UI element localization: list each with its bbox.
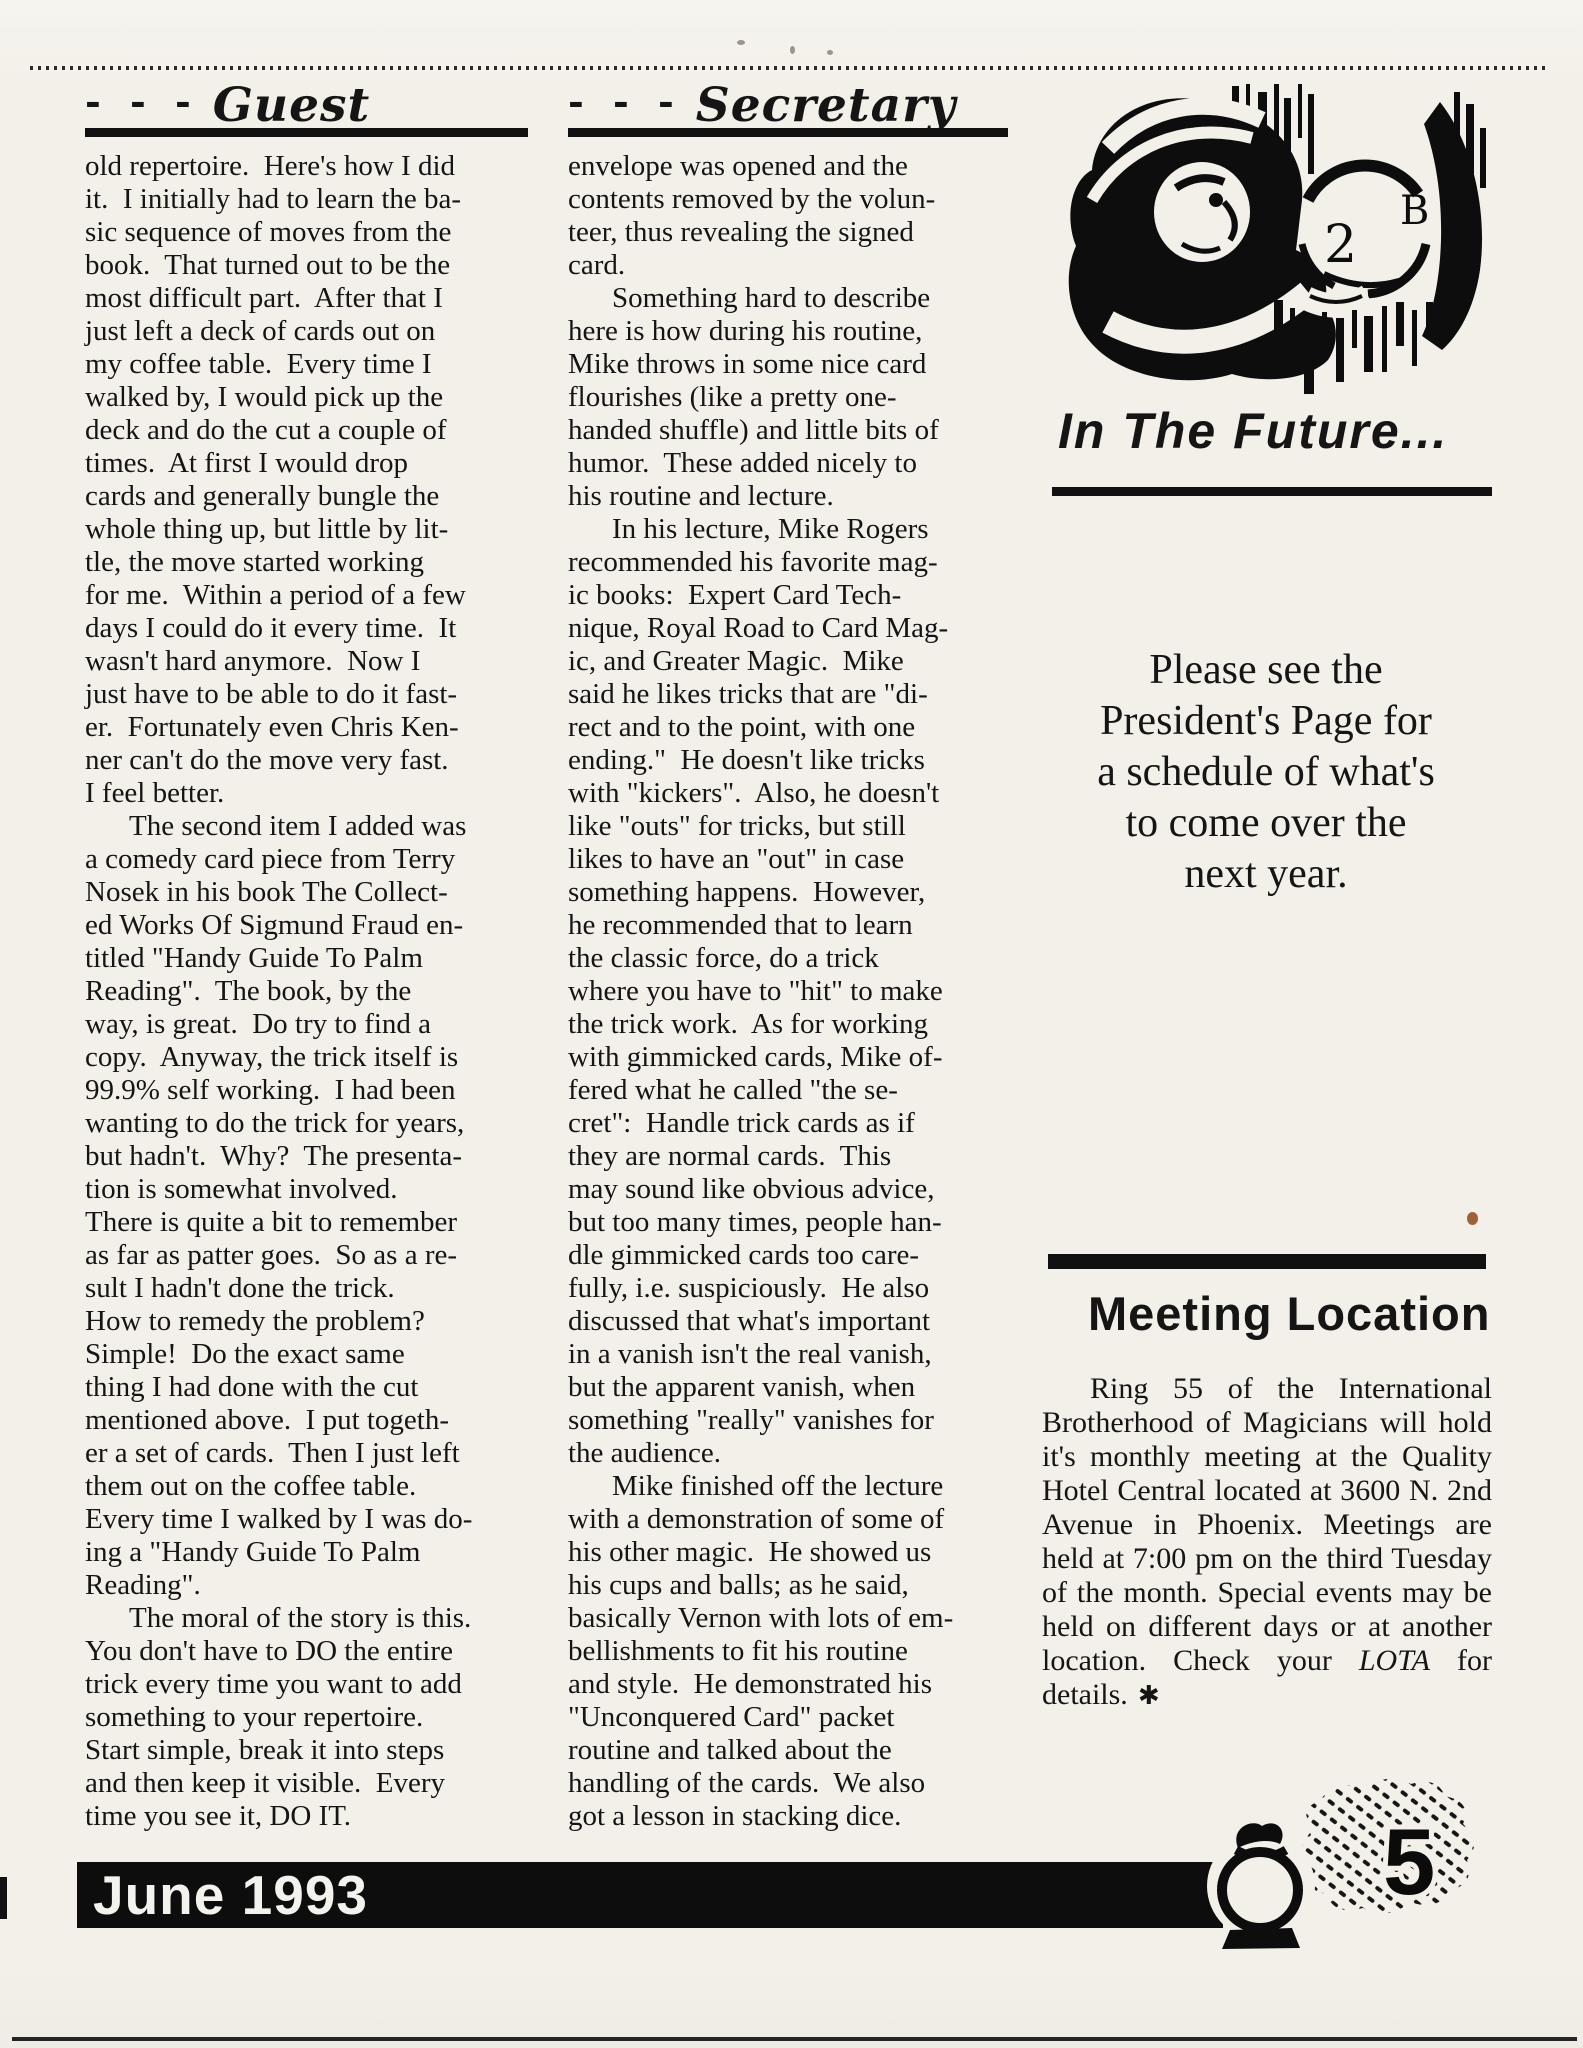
secretary-section-header: - - -Secretary xyxy=(568,78,956,133)
meeting-location-title: Meeting Location xyxy=(1088,1286,1490,1341)
guest-header-title: Guest xyxy=(213,78,370,133)
footer-issue-label: June 1993 xyxy=(77,1862,1223,1928)
secretary-header-dashes: - - - xyxy=(568,79,682,124)
meeting-text: Ring 55 of the International Brotherhood… xyxy=(1042,1372,1492,1677)
lota-newsletter-name: LOTA xyxy=(1359,1644,1430,1677)
svg-text:2: 2 xyxy=(1324,215,1357,275)
secretary-article-body: envelope was opened and thecontents remo… xyxy=(568,150,1028,1833)
guest-section-header: - - -Guest xyxy=(85,78,370,133)
guest-header-dashes: - - - xyxy=(85,79,199,124)
secretary-paragraph: Mike finished off the lecturewith a demo… xyxy=(568,1470,1028,1833)
guest-header-rule xyxy=(85,128,528,137)
scan-edge-mark xyxy=(0,1877,7,1919)
scan-speck xyxy=(737,40,745,45)
future-section-rule xyxy=(1052,487,1492,496)
bottom-scan-line xyxy=(12,2037,1577,2041)
guest-article-body: old repertoire. Here's how I didit. I in… xyxy=(85,150,565,1833)
page-number: 5 xyxy=(1383,1809,1435,1914)
newsletter-page: - - -Guest old repertoire. Here's how I … xyxy=(0,0,1583,2048)
scan-speck xyxy=(827,50,833,55)
guest-paragraph: The moral of the story is this.You don't… xyxy=(85,1602,565,1833)
secretary-paragraph: envelope was opened and thecontents remo… xyxy=(568,150,1028,282)
secretary-paragraph: In his lecture, Mike Rogersrecommended h… xyxy=(568,513,1028,1470)
meeting-section-rule xyxy=(1048,1254,1486,1269)
secretary-header-title: Secretary xyxy=(696,78,956,133)
secretary-paragraph: Something hard to describehere is how du… xyxy=(568,282,1028,513)
meeting-location-paragraph: Ring 55 of the International Brotherhood… xyxy=(1042,1372,1492,1713)
fortune-teller-illustration-icon: 2 B xyxy=(1056,84,1496,396)
secretary-header-rule xyxy=(568,128,1008,137)
footer-issue-bar: June 1993 xyxy=(77,1862,1223,1928)
top-dotted-divider xyxy=(30,66,1546,70)
scan-speck xyxy=(790,46,795,54)
presidents-page-notice: Please see thePresident's Page fora sche… xyxy=(1036,645,1496,900)
guest-paragraph: old repertoire. Here's how I didit. I in… xyxy=(85,150,565,810)
stray-ink-dot xyxy=(1467,1212,1478,1225)
svg-text:B: B xyxy=(1400,188,1429,234)
future-section-title: In The Future... xyxy=(1058,402,1448,460)
crystal-ball-icon xyxy=(1194,1818,1319,1953)
end-of-article-star-icon: ✱ xyxy=(1128,1681,1160,1711)
guest-paragraph: The second item I added wasa comedy card… xyxy=(85,810,565,1602)
